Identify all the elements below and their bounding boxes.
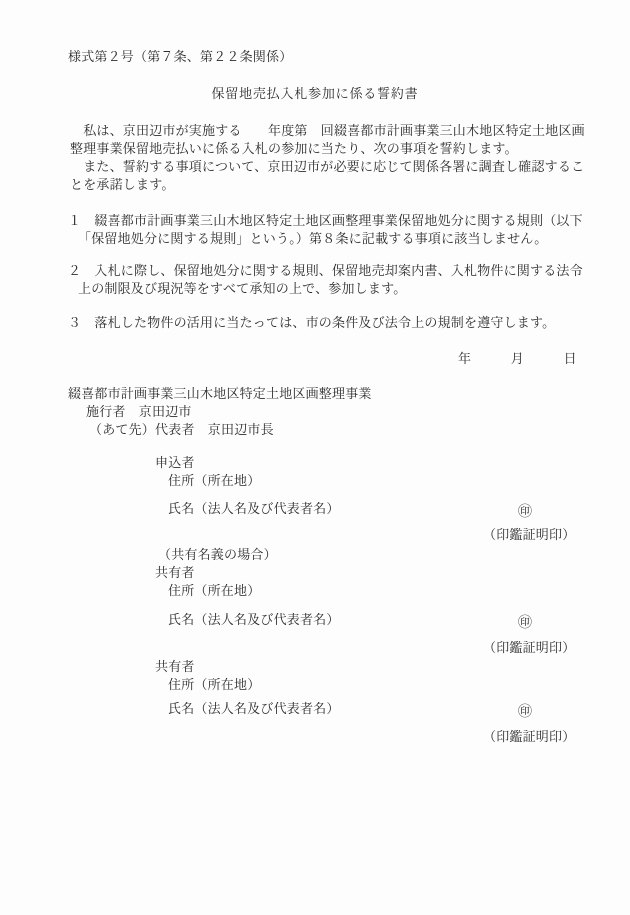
co-owner-2-address-label: 住所（所在地）	[168, 678, 260, 694]
form-number-line: 様式第２号（第７条、第２２条関係）	[68, 50, 292, 66]
pledge-item-2-line-1: ２ 入札に際し、保留地処分に関する規則、保留地売却案内書、入札物件に関する法令	[68, 264, 583, 280]
pledge-item-2-line-2: 上の制限及び現況等をすべて承知の上で、参加します。	[78, 282, 406, 298]
co-owner-case-label: （共有名義の場合）	[158, 548, 277, 564]
pledge-document-page: 様式第２号（第７条、第２２条関係） 保留地売払入札参加に係る誓約書 私は、京田辺…	[0, 0, 630, 915]
addressee-representative-line: （あて先）代表者 京田辺市長	[89, 423, 274, 439]
applicant-name-label: 氏名（法人名及び代表者名）	[168, 502, 340, 518]
applicant-label: 申込者	[155, 456, 195, 472]
intro-paragraph-line-3: また、誓約する事項について、京田辺市が必要に応じて関係各署に調査し確認するこ	[70, 160, 584, 176]
project-name-line: 綴喜都市計画事業三山木地区特定土地区画整理事業	[68, 387, 372, 403]
co-owner-2-label: 共有者	[155, 660, 195, 676]
pledge-item-3-line-1: ３ 落札した物件の活用に当たっては、市の条件及び法令上の規制を遵守します。	[68, 316, 555, 332]
intro-paragraph-line-4: とを承諾します。	[70, 178, 175, 194]
applicant-seal-mark-icon: ㊞	[518, 501, 532, 521]
pledge-item-1-line-2: 「保留地処分に関する規則」という。）第８条に記載する事項に該当しません。	[78, 232, 547, 248]
executor-line: 施行者 京田辺市	[86, 405, 192, 421]
co-owner-1-name-label: 氏名（法人名及び代表者名）	[168, 613, 340, 629]
co-owner-2-name-label: 氏名（法人名及び代表者名）	[168, 702, 340, 718]
intro-paragraph-line-1: 私は、京田辺市が実施する 年度第 回綴喜都市計画事業三山木地区特定土地区画	[70, 124, 585, 140]
co-owner-1-address-label: 住所（所在地）	[168, 584, 260, 600]
pledge-item-1-line-1: １ 綴喜都市計画事業三山木地区特定土地区画整理事業保留地処分に関する規則（以下	[68, 214, 583, 230]
co-owner-1-seal-mark-icon: ㊞	[518, 612, 532, 632]
applicant-seal-certificate-note: （印鑑証明印）	[483, 528, 575, 544]
document-title: 保留地売払入札参加に係る誓約書	[0, 87, 630, 103]
co-owner-2-seal-mark-icon: ㊞	[518, 701, 532, 721]
co-owner-2-seal-certificate-note: （印鑑証明印）	[483, 730, 575, 746]
co-owner-1-seal-certificate-note: （印鑑証明印）	[483, 641, 575, 657]
applicant-address-label: 住所（所在地）	[168, 474, 260, 490]
intro-paragraph-line-2: 整理事業保留地売払いに係る入札の参加に当たり、次の事項を誓約します。	[70, 142, 518, 158]
co-owner-1-label: 共有者	[155, 566, 195, 582]
date-fill-in-line: 年 月 日	[458, 352, 577, 368]
